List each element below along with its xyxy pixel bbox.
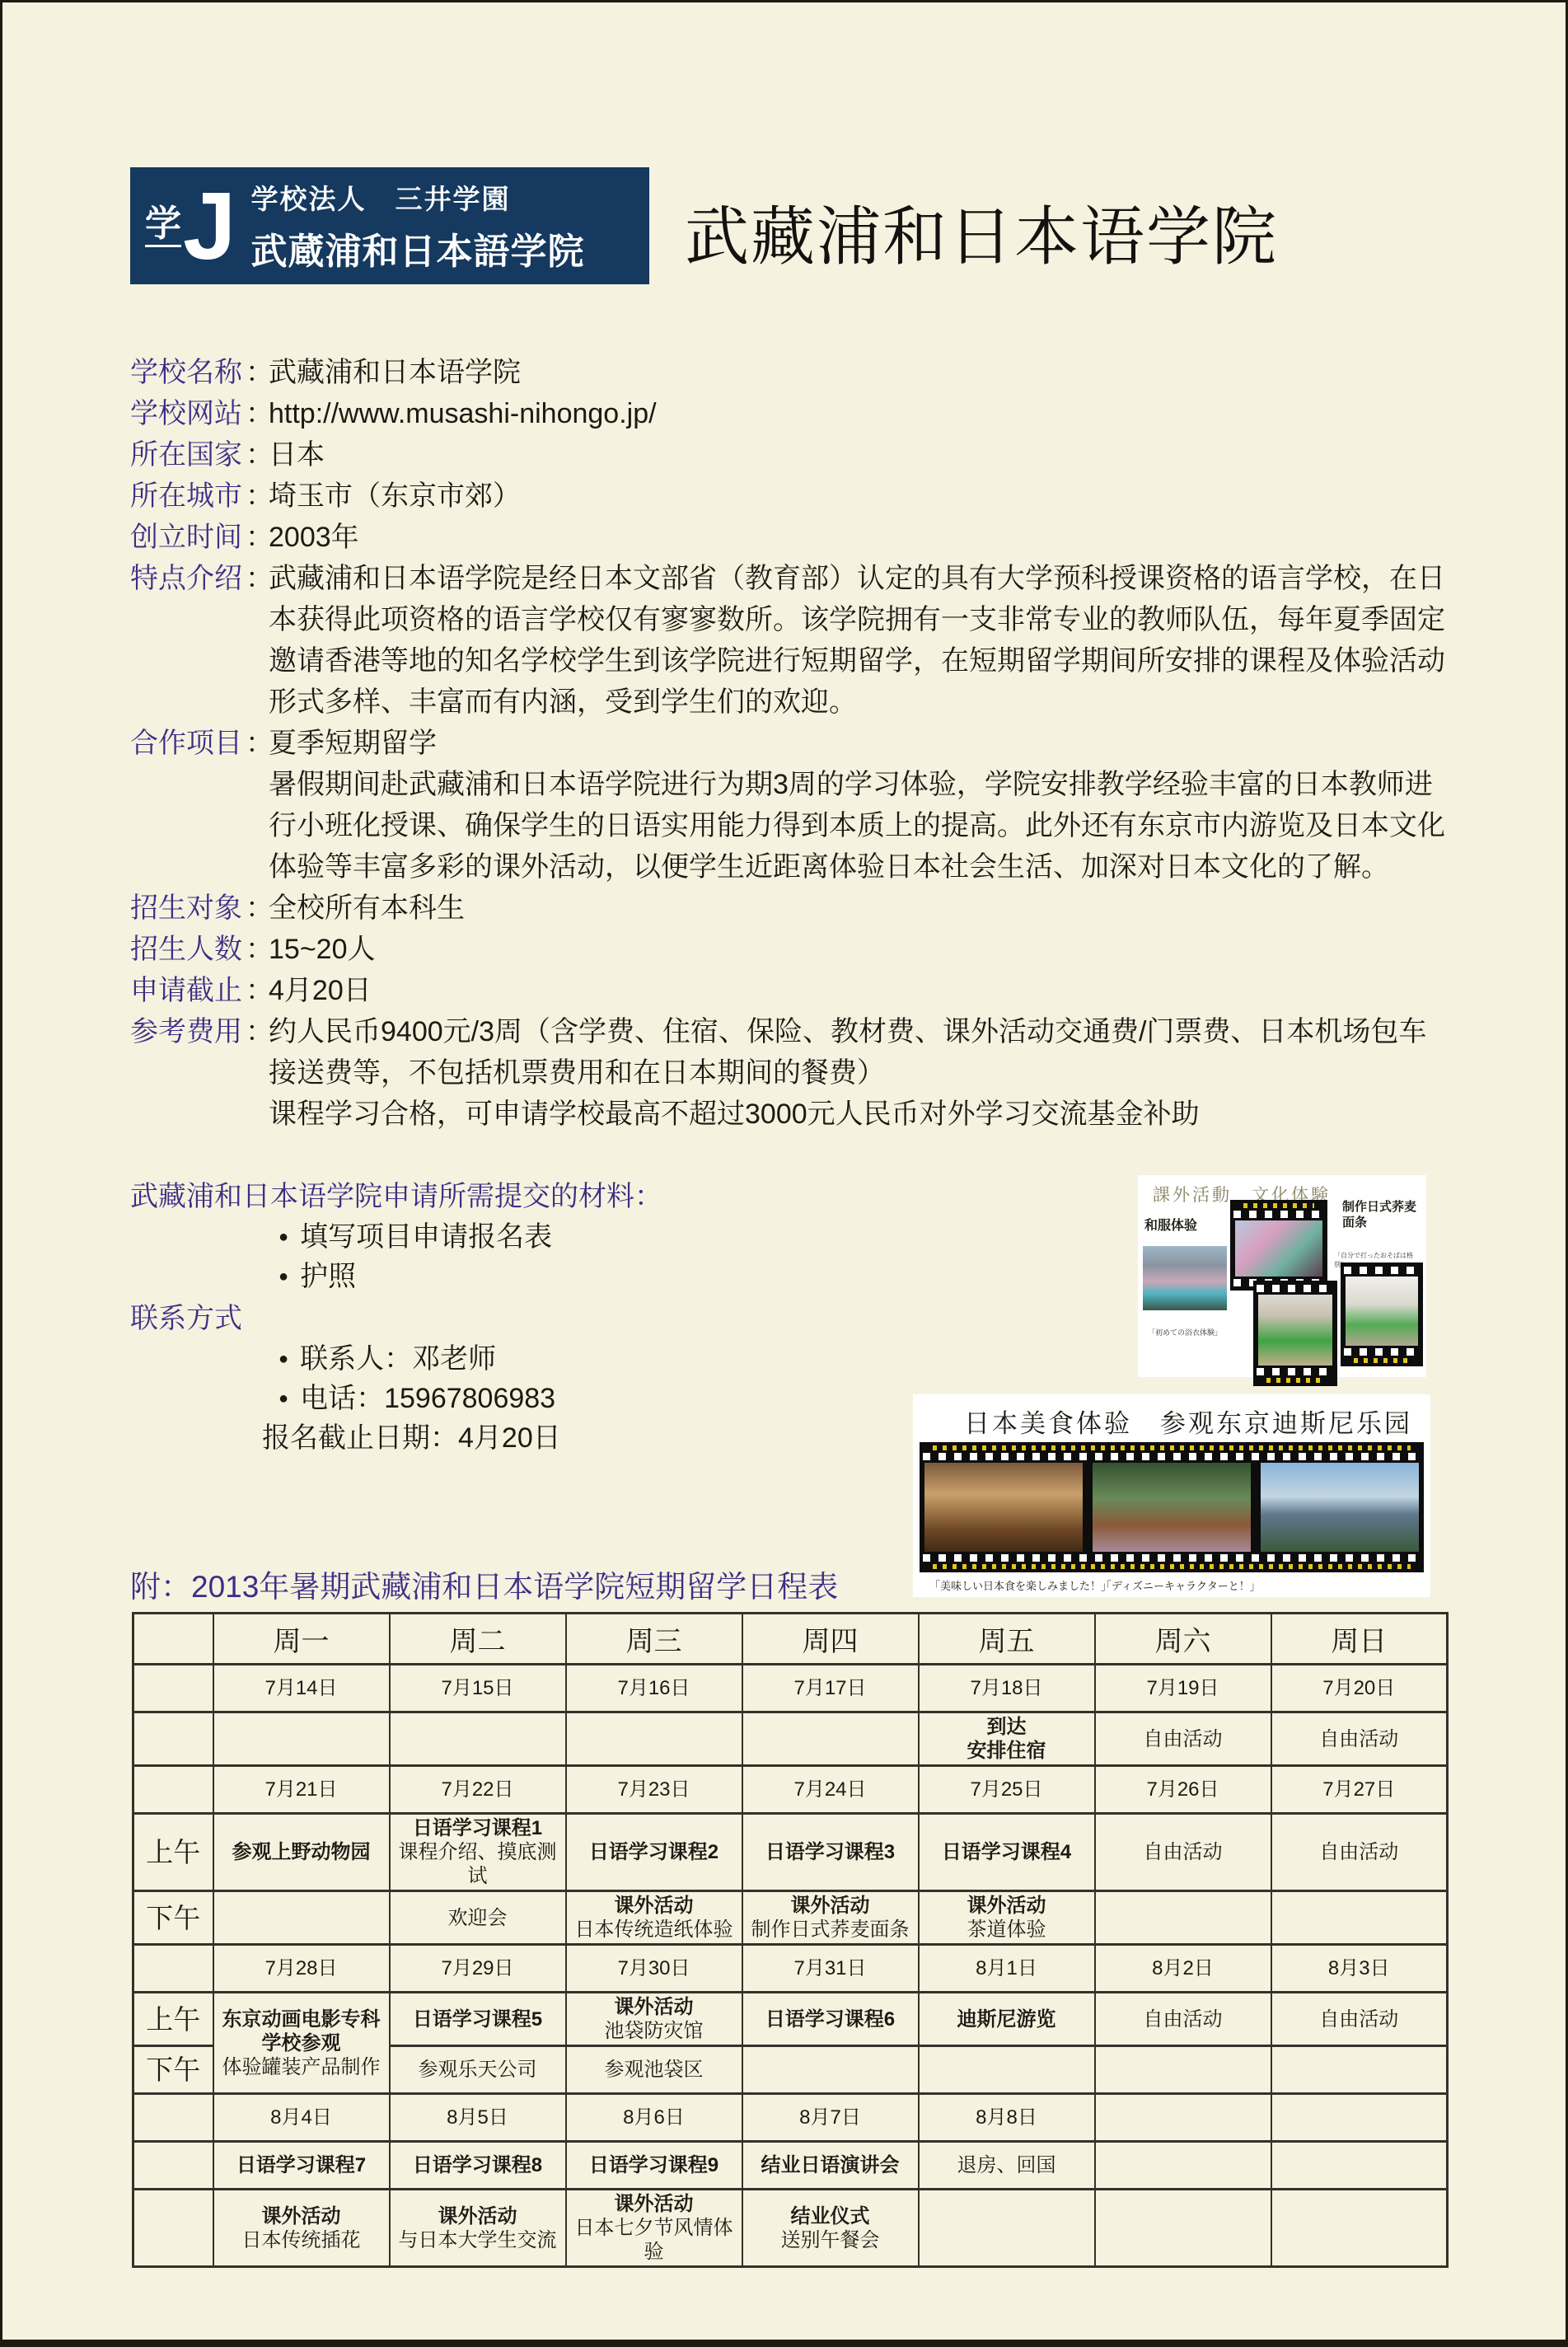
- film-marks: [933, 1445, 1411, 1450]
- schedule-cell: 8月3日: [1271, 1945, 1448, 1993]
- schedule-cell: [1271, 1891, 1448, 1945]
- features-paragraph: 武藏浦和日本语学院是经日本文部省（教育部）认定的具有大学预科授课资格的语言学校，…: [269, 558, 1453, 723]
- schedule-cell: 课外活动日本传统插花: [213, 2190, 390, 2267]
- schedule-cell: 7月20日: [1271, 1665, 1448, 1712]
- period-label: 下午: [133, 2046, 213, 2094]
- page-title: 武藏浦和日本语学院: [685, 185, 1278, 278]
- info-label: 申请截止: [130, 970, 246, 1011]
- schedule-cell: 7月29日: [390, 1945, 566, 1993]
- schedule-row: 课外活动日本传统插花课外活动与日本大学生交流课外活动日本七夕节风情体验结业仪式送…: [133, 2190, 1448, 2267]
- info-row-features: 特点介绍：武藏浦和日本语学院是经日本文部省（教育部）认定的具有大学预科授课资格的…: [130, 558, 1453, 723]
- schedule-cell: 7月19日: [1095, 1665, 1271, 1712]
- info-row-founded: 创立时间：2003年: [130, 517, 1453, 558]
- schedule-cell: [742, 2046, 919, 2094]
- schedule-row: 7月28日7月29日7月30日7月31日8月1日8月2日8月3日: [133, 1945, 1448, 1993]
- film-holes: [1257, 1368, 1334, 1375]
- schedule-cell: [213, 1712, 390, 1766]
- photo-kimono-group: [1230, 1200, 1327, 1291]
- schedule-cell: 日语学习课程1课程介绍、摸底测试: [390, 1814, 566, 1891]
- schedule-cell: 日语学习课程6: [742, 1993, 919, 2046]
- schedule-cell: [919, 2046, 1095, 2094]
- photo-soba-making: [1341, 1263, 1423, 1366]
- contact-phone-label: 电话：15967806983: [300, 1379, 555, 1418]
- schedule-cell: [1271, 2046, 1448, 2094]
- schedule-cell: [566, 1712, 742, 1766]
- bullet-icon: ●: [278, 1217, 288, 1257]
- yukata-caption: 「初めての浴衣体験」: [1148, 1327, 1222, 1337]
- schedule-cell: [919, 2190, 1095, 2267]
- logo-j-glyph: J: [183, 183, 233, 269]
- schedule-cell: 7月27日: [1271, 1766, 1448, 1814]
- schedule-row: 上午东京动画电影专科学校参观体验罐装产品制作日语学习课程5课外活动池袋防灾馆日语…: [133, 1993, 1448, 2046]
- schedule-cell: 自由活动: [1095, 1814, 1271, 1891]
- schedule-cell: 7月22日: [390, 1766, 566, 1814]
- schedule-title: 附：2013年暑期武藏浦和日本语学院短期留学日程表: [130, 1562, 838, 1606]
- disney-caption: 「ディズニーキャラクターと！」: [1101, 1577, 1261, 1593]
- schedule-cell: 7月26日: [1095, 1766, 1271, 1814]
- materials-heading: 武藏浦和日本语学院申请所需提交的材料：: [130, 1176, 1037, 1217]
- schedule-cell: 课外活动日本传统造纸体验: [566, 1891, 742, 1945]
- disney-title: 参观东京迪斯尼乐园: [1160, 1403, 1412, 1440]
- schedule-table-wrap: 周一 周二 周三 周四 周五 周六 周日 7月14日7月15日7月16日7月17…: [132, 1612, 1449, 2268]
- schedule-row: 日语学习课程7日语学习课程8日语学习课程9结业日语演讲会退房、回国: [133, 2142, 1448, 2190]
- schedule-cell: 日语学习课程9: [566, 2142, 742, 2190]
- info-row-program: 合作项目：夏季短期留学: [130, 723, 1453, 764]
- schedule-cell: 到达安排住宿: [919, 1712, 1095, 1766]
- food-disney-collage: 日本美食体验 参观东京迪斯尼乐园 「美味しい日本食を楽しみました！」 「ディズニ…: [913, 1394, 1430, 1597]
- schedule-cell: 7月25日: [919, 1766, 1095, 1814]
- schedule-row: 到达安排住宿自由活动自由活动: [133, 1712, 1448, 1766]
- info-value: 2003年: [269, 517, 1453, 558]
- info-label: 合作项目: [130, 723, 246, 764]
- info-label: 所在城市: [130, 475, 246, 517]
- info-value: 全校所有本科生: [269, 888, 1453, 929]
- info-value: 15~20人: [269, 929, 1453, 970]
- contact-person-label: 联系人：邓老师: [300, 1339, 496, 1379]
- food-caption: 「美味しい日本食を楽しみました！」: [929, 1577, 1112, 1593]
- weekday-header-fri: 周五: [919, 1614, 1095, 1665]
- photo-disney-castle: [1261, 1463, 1419, 1552]
- period-label: [133, 2190, 213, 2267]
- photo-kimono-outdoor: [1143, 1246, 1227, 1310]
- photo-soba-image: [1346, 1277, 1418, 1346]
- schedule-cell: 自由活动: [1271, 1814, 1448, 1891]
- schedule-cell: [1095, 1891, 1271, 1945]
- schedule-cell: 8月2日: [1095, 1945, 1271, 1993]
- schedule-cell: 8月6日: [566, 2094, 742, 2142]
- info-label: 创立时间: [130, 517, 246, 558]
- info-label: 学校网站: [130, 393, 246, 434]
- film-holes: [1257, 1285, 1334, 1292]
- schedule-cell: 7月17日: [742, 1665, 919, 1712]
- weekday-header-sat: 周六: [1095, 1614, 1271, 1665]
- schedule-cell: [1271, 2190, 1448, 2267]
- page: 学 J 学校法人 三井学園 武蔵浦和日本語学院 武藏浦和日本语学院 学校名称：武…: [0, 0, 1568, 2347]
- schedule-row: 7月21日7月22日7月23日7月24日7月25日7月26日7月27日: [133, 1766, 1448, 1814]
- schedule-row: 下午欢迎会课外活动日本传统造纸体验课外活动制作日式荞麦面条课外活动茶道体验: [133, 1891, 1448, 1945]
- schedule-cell: [213, 1891, 390, 1945]
- logo-emblem-icon: 学 J: [145, 183, 233, 269]
- photo-apron-image: [1258, 1295, 1332, 1366]
- bullet-icon: ●: [278, 1339, 288, 1379]
- schedule-cell: 8月4日: [213, 2094, 390, 2142]
- schedule-cell: 日语学习课程3: [742, 1814, 919, 1891]
- kimono-label: 和服体验: [1144, 1215, 1197, 1234]
- weekday-header-empty: [133, 1614, 213, 1665]
- schedule-cell: 课外活动与日本大学生交流: [390, 2190, 566, 2267]
- schedule-cell: 7月24日: [742, 1766, 919, 1814]
- weekday-header-tue: 周二: [390, 1614, 566, 1665]
- culture-activities-collage: 課外活動 文化体験 制作日式荞麦面条 和服体验 「自分で打ったおそばは格別！」 …: [1138, 1175, 1426, 1377]
- bullet-icon: ●: [278, 1379, 288, 1418]
- schedule-cell: 7月23日: [566, 1766, 742, 1814]
- info-label: 学校名称: [130, 352, 246, 393]
- schedule-cell: 课外活动池袋防灾馆: [566, 1993, 742, 2046]
- schedule-row: 7月14日7月15日7月16日7月17日7月18日7月19日7月20日: [133, 1665, 1448, 1712]
- info-value: 武藏浦和日本语学院: [269, 352, 1453, 393]
- info-value: 日本: [269, 434, 1453, 475]
- schedule-cell: 参观上野动物园: [213, 1814, 390, 1891]
- period-label: 上午: [133, 1814, 213, 1891]
- weekday-header-mon: 周一: [213, 1614, 390, 1665]
- schedule-cell: 自由活动: [1271, 1712, 1448, 1766]
- info-value: 4月20日: [269, 970, 1453, 1011]
- info-row-city: 所在城市：埼玉市（东京市郊）: [130, 475, 1453, 517]
- schedule-row: 上午参观上野动物园日语学习课程1课程介绍、摸底测试日语学习课程2日语学习课程3日…: [133, 1814, 1448, 1891]
- photo-apron-cooking: [1253, 1281, 1337, 1386]
- schedule-cell: [1095, 2094, 1271, 2142]
- schedule-cell: 8月7日: [742, 2094, 919, 2142]
- schedule-cell: 参观池袋区: [566, 2046, 742, 2094]
- film-marks: [1266, 1378, 1324, 1383]
- schedule-cell: 退房、回国: [919, 2142, 1095, 2190]
- school-logo: 学 J 学校法人 三井学園 武蔵浦和日本語学院: [130, 167, 649, 284]
- contact-heading: 联系方式: [130, 1298, 1037, 1339]
- material-item: ● 填写项目申请报名表: [278, 1217, 1037, 1257]
- school-website-url: http://www.musashi-nihongo.jp/: [269, 393, 1453, 434]
- schedule-cell: 7月30日: [566, 1945, 742, 1993]
- period-label: [133, 2142, 213, 2190]
- schedule-cell: 自由活动: [1271, 1993, 1448, 2046]
- info-row-target: 招生对象：全校所有本科生: [130, 888, 1453, 929]
- schedule-cell: 东京动画电影专科学校参观体验罐装产品制作: [213, 1993, 390, 2094]
- film-holes: [923, 1453, 1421, 1460]
- weekday-header-sun: 周日: [1271, 1614, 1448, 1665]
- schedule-cell: 7月16日: [566, 1665, 742, 1712]
- schedule-cell: 7月28日: [213, 1945, 390, 1993]
- info-row-cost: 参考费用：约人民币9400元/3周（含学费、住宿、保险、教材费、课外活动交通费/…: [130, 1011, 1453, 1094]
- bullet-icon: ●: [278, 1257, 288, 1296]
- schedule-table: 周一 周二 周三 周四 周五 周六 周日 7月14日7月15日7月16日7月17…: [132, 1612, 1449, 2268]
- photo-disney-characters: [1093, 1463, 1251, 1552]
- schedule-cell: 自由活动: [1095, 1712, 1271, 1766]
- info-label: 招生对象: [130, 888, 246, 929]
- schedule-cell: 自由活动: [1095, 1993, 1271, 2046]
- logo-school-name: 武蔵浦和日本語学院: [251, 222, 585, 274]
- cost-paragraph: 约人民币9400元/3周（含学费、住宿、保险、教材费、课外活动交通费/门票费、日…: [269, 1011, 1453, 1094]
- info-row-deadline: 申请截止：4月20日: [130, 970, 1453, 1011]
- schedule-cell: 7月14日: [213, 1665, 390, 1712]
- info-label: 所在国家: [130, 434, 246, 475]
- info-row-country: 所在国家：日本: [130, 434, 1453, 475]
- program-paragraph: 暑假期间赴武藏浦和日本语学院进行为期3周的学习体验，学院安排教学经验丰富的日本教…: [269, 764, 1453, 888]
- period-label: [133, 1712, 213, 1766]
- schedule-cell: 课外活动日本七夕节风情体验: [566, 2190, 742, 2267]
- schedule-cell: 欢迎会: [390, 1891, 566, 1945]
- film-marks: [1243, 1203, 1314, 1208]
- info-label: 参考费用: [130, 1011, 246, 1052]
- period-label: [133, 1945, 213, 1993]
- soba-label: 制作日式荞麦面条: [1342, 1200, 1421, 1231]
- film-holes: [1344, 1267, 1420, 1274]
- weekday-header-wed: 周三: [566, 1614, 742, 1665]
- food-title: 日本美食体验: [964, 1403, 1132, 1440]
- logo-corporation-name: 学校法人 三井学園: [251, 178, 585, 217]
- schedule-cell: 7月21日: [213, 1766, 390, 1814]
- material-item: ● 护照: [278, 1257, 1037, 1296]
- info-value: 埼玉市（东京市郊）: [269, 475, 1453, 517]
- film-holes: [1233, 1211, 1324, 1218]
- application-materials: 武藏浦和日本语学院申请所需提交的材料： ● 填写项目申请报名表 ● 护照 联系方…: [130, 1176, 1037, 1458]
- info-label: 招生人数: [130, 929, 246, 970]
- photo-kimono-group-image: [1235, 1220, 1322, 1277]
- material-item-label: 护照: [300, 1257, 356, 1296]
- subsidy-note: 课程学习合格，可申请学校最高不超过3000元人民币对外学习交流基金补助: [269, 1094, 1453, 1135]
- schedule-cell: 8月8日: [919, 2094, 1095, 2142]
- schedule-cell: 8月5日: [390, 2094, 566, 2142]
- schedule-cell: 7月31日: [742, 1945, 919, 1993]
- schedule-cell: 日语学习课程7: [213, 2142, 390, 2190]
- school-info-list: 学校名称：武藏浦和日本语学院 学校网站：http://www.musashi-n…: [130, 352, 1453, 1135]
- schedule-cell: 日语学习课程5: [390, 1993, 566, 2046]
- schedule-cell: 8月1日: [919, 1945, 1095, 1993]
- schedule-row: 8月4日8月5日8月6日8月7日8月8日: [133, 2094, 1448, 2142]
- schedule-cell: 参观乐天公司: [390, 2046, 566, 2094]
- period-label: [133, 2094, 213, 2142]
- schedule-cell: 课外活动茶道体验: [919, 1891, 1095, 1945]
- film-strip: [920, 1442, 1424, 1572]
- material-item-label: 填写项目申请报名表: [300, 1217, 552, 1257]
- schedule-cell: 日语学习课程2: [566, 1814, 742, 1891]
- schedule-cell: 日语学习课程8: [390, 2142, 566, 2190]
- schedule-cell: 结业仪式送别午餐会: [742, 2190, 919, 2267]
- contact-person: ● 联系人：邓老师: [278, 1339, 1037, 1379]
- schedule-cell: [390, 1712, 566, 1766]
- schedule-cell: 日语学习课程4: [919, 1814, 1095, 1891]
- info-row-quota: 招生人数：15~20人: [130, 929, 1453, 970]
- weekday-header-thu: 周四: [742, 1614, 919, 1665]
- schedule-cell: 7月15日: [390, 1665, 566, 1712]
- period-label: [133, 1665, 213, 1712]
- film-marks: [933, 1564, 1411, 1569]
- period-label: 上午: [133, 1993, 213, 2046]
- program-name: 夏季短期留学: [269, 723, 1453, 764]
- logo-gaku-glyph: 学: [145, 204, 181, 246]
- schedule-cell: 7月18日: [919, 1665, 1095, 1712]
- film-holes: [923, 1554, 1421, 1562]
- weekday-header-row: 周一 周二 周三 周四 周五 周六 周日: [133, 1614, 1448, 1665]
- photo-japanese-dinner: [924, 1463, 1083, 1552]
- info-row-website: 学校网站：http://www.musashi-nihongo.jp/: [130, 393, 1453, 434]
- schedule-cell: [1271, 2142, 1448, 2190]
- schedule-cell: [1095, 2190, 1271, 2267]
- schedule-cell: 课外活动制作日式荞麦面条: [742, 1891, 919, 1945]
- schedule-cell: [742, 1712, 919, 1766]
- info-row-school-name: 学校名称：武藏浦和日本语学院: [130, 352, 1453, 393]
- schedule-cell: [1095, 2142, 1271, 2190]
- film-marks: [1354, 1358, 1410, 1363]
- schedule-cell: 结业日语演讲会: [742, 2142, 919, 2190]
- logo-text: 学校法人 三井学園 武蔵浦和日本語学院: [251, 178, 585, 274]
- film-holes: [1344, 1348, 1420, 1356]
- schedule-cell: [1271, 2094, 1448, 2142]
- info-label: 特点介绍: [130, 558, 246, 599]
- schedule-cell: 迪斯尼游览: [919, 1993, 1095, 2046]
- period-label: [133, 1766, 213, 1814]
- schedule-cell: [1095, 2046, 1271, 2094]
- period-label: 下午: [133, 1891, 213, 1945]
